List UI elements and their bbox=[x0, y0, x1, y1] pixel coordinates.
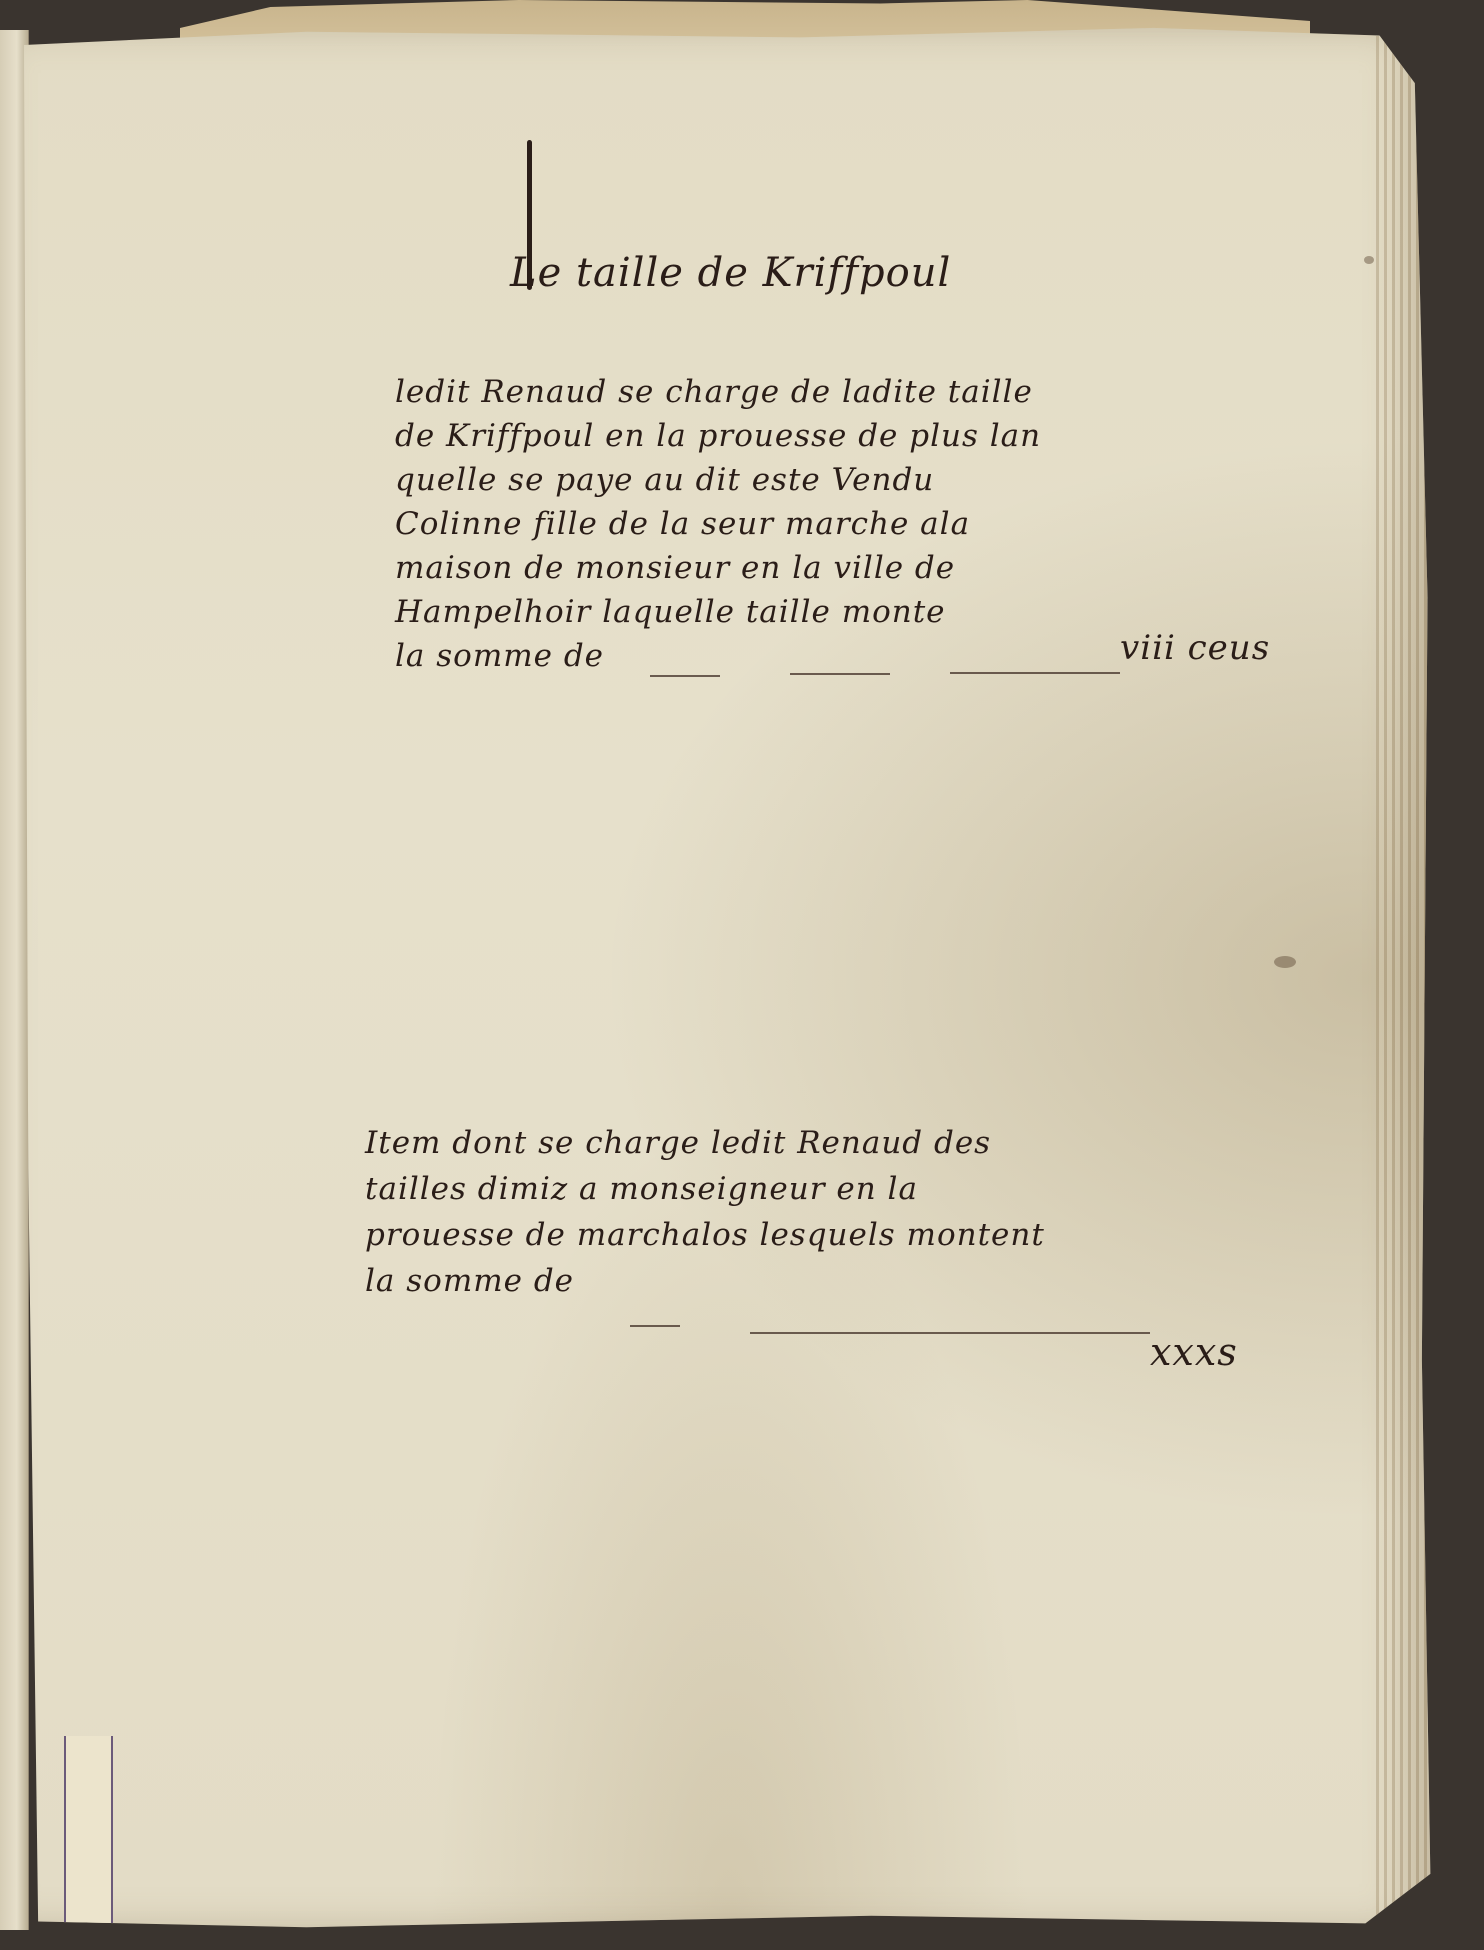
manuscript-page bbox=[24, 26, 1436, 1931]
fill-rule bbox=[950, 672, 1120, 674]
entry-1-line: Hampelhoir laquelle taille monte bbox=[395, 590, 1041, 634]
ink-stain bbox=[1274, 956, 1296, 968]
entry-1-line: quelle se paye au dit este Vendu bbox=[395, 458, 1041, 502]
entry-1-line: Colinne fille de la seur marche ala bbox=[395, 502, 1041, 546]
entry-2-amount: xxxs bbox=[1150, 1330, 1238, 1374]
entry-2-line: prouesse de marchalos lesquels montent bbox=[365, 1212, 1045, 1258]
pasted-slip bbox=[64, 1736, 113, 1936]
entry-1-text: ledit Renaud se charge de ladite taille … bbox=[395, 370, 1041, 678]
page-edge-right bbox=[1376, 36, 1436, 1926]
entry-1-line: la somme de bbox=[395, 634, 1041, 678]
entry-1-line: ledit Renaud se charge de ladite taille bbox=[395, 370, 1041, 414]
fill-rule bbox=[750, 1332, 1150, 1334]
ink-stain bbox=[1364, 256, 1374, 264]
entry-2-text: Item dont se charge ledit Renaud des tai… bbox=[365, 1120, 1045, 1304]
fill-rule bbox=[790, 673, 890, 675]
entry-1-line: maison de monsieur en la ville de bbox=[395, 546, 1041, 590]
fill-rule bbox=[630, 1325, 680, 1327]
entry-2-line: Item dont se charge ledit Renaud des bbox=[365, 1120, 1045, 1166]
entry-1-line: de Kriffpoul en la prouesse de plus lan bbox=[395, 414, 1041, 458]
fill-rule bbox=[650, 675, 720, 677]
entry-2-line: la somme de bbox=[365, 1258, 1045, 1304]
entry-1-amount: viii ceus bbox=[1120, 628, 1270, 668]
binding-strip bbox=[0, 30, 29, 1930]
page-heading: Le taille de Kriffpoul bbox=[510, 250, 951, 296]
entry-2-line: tailles dimiz a monseigneur en la bbox=[365, 1166, 1045, 1212]
